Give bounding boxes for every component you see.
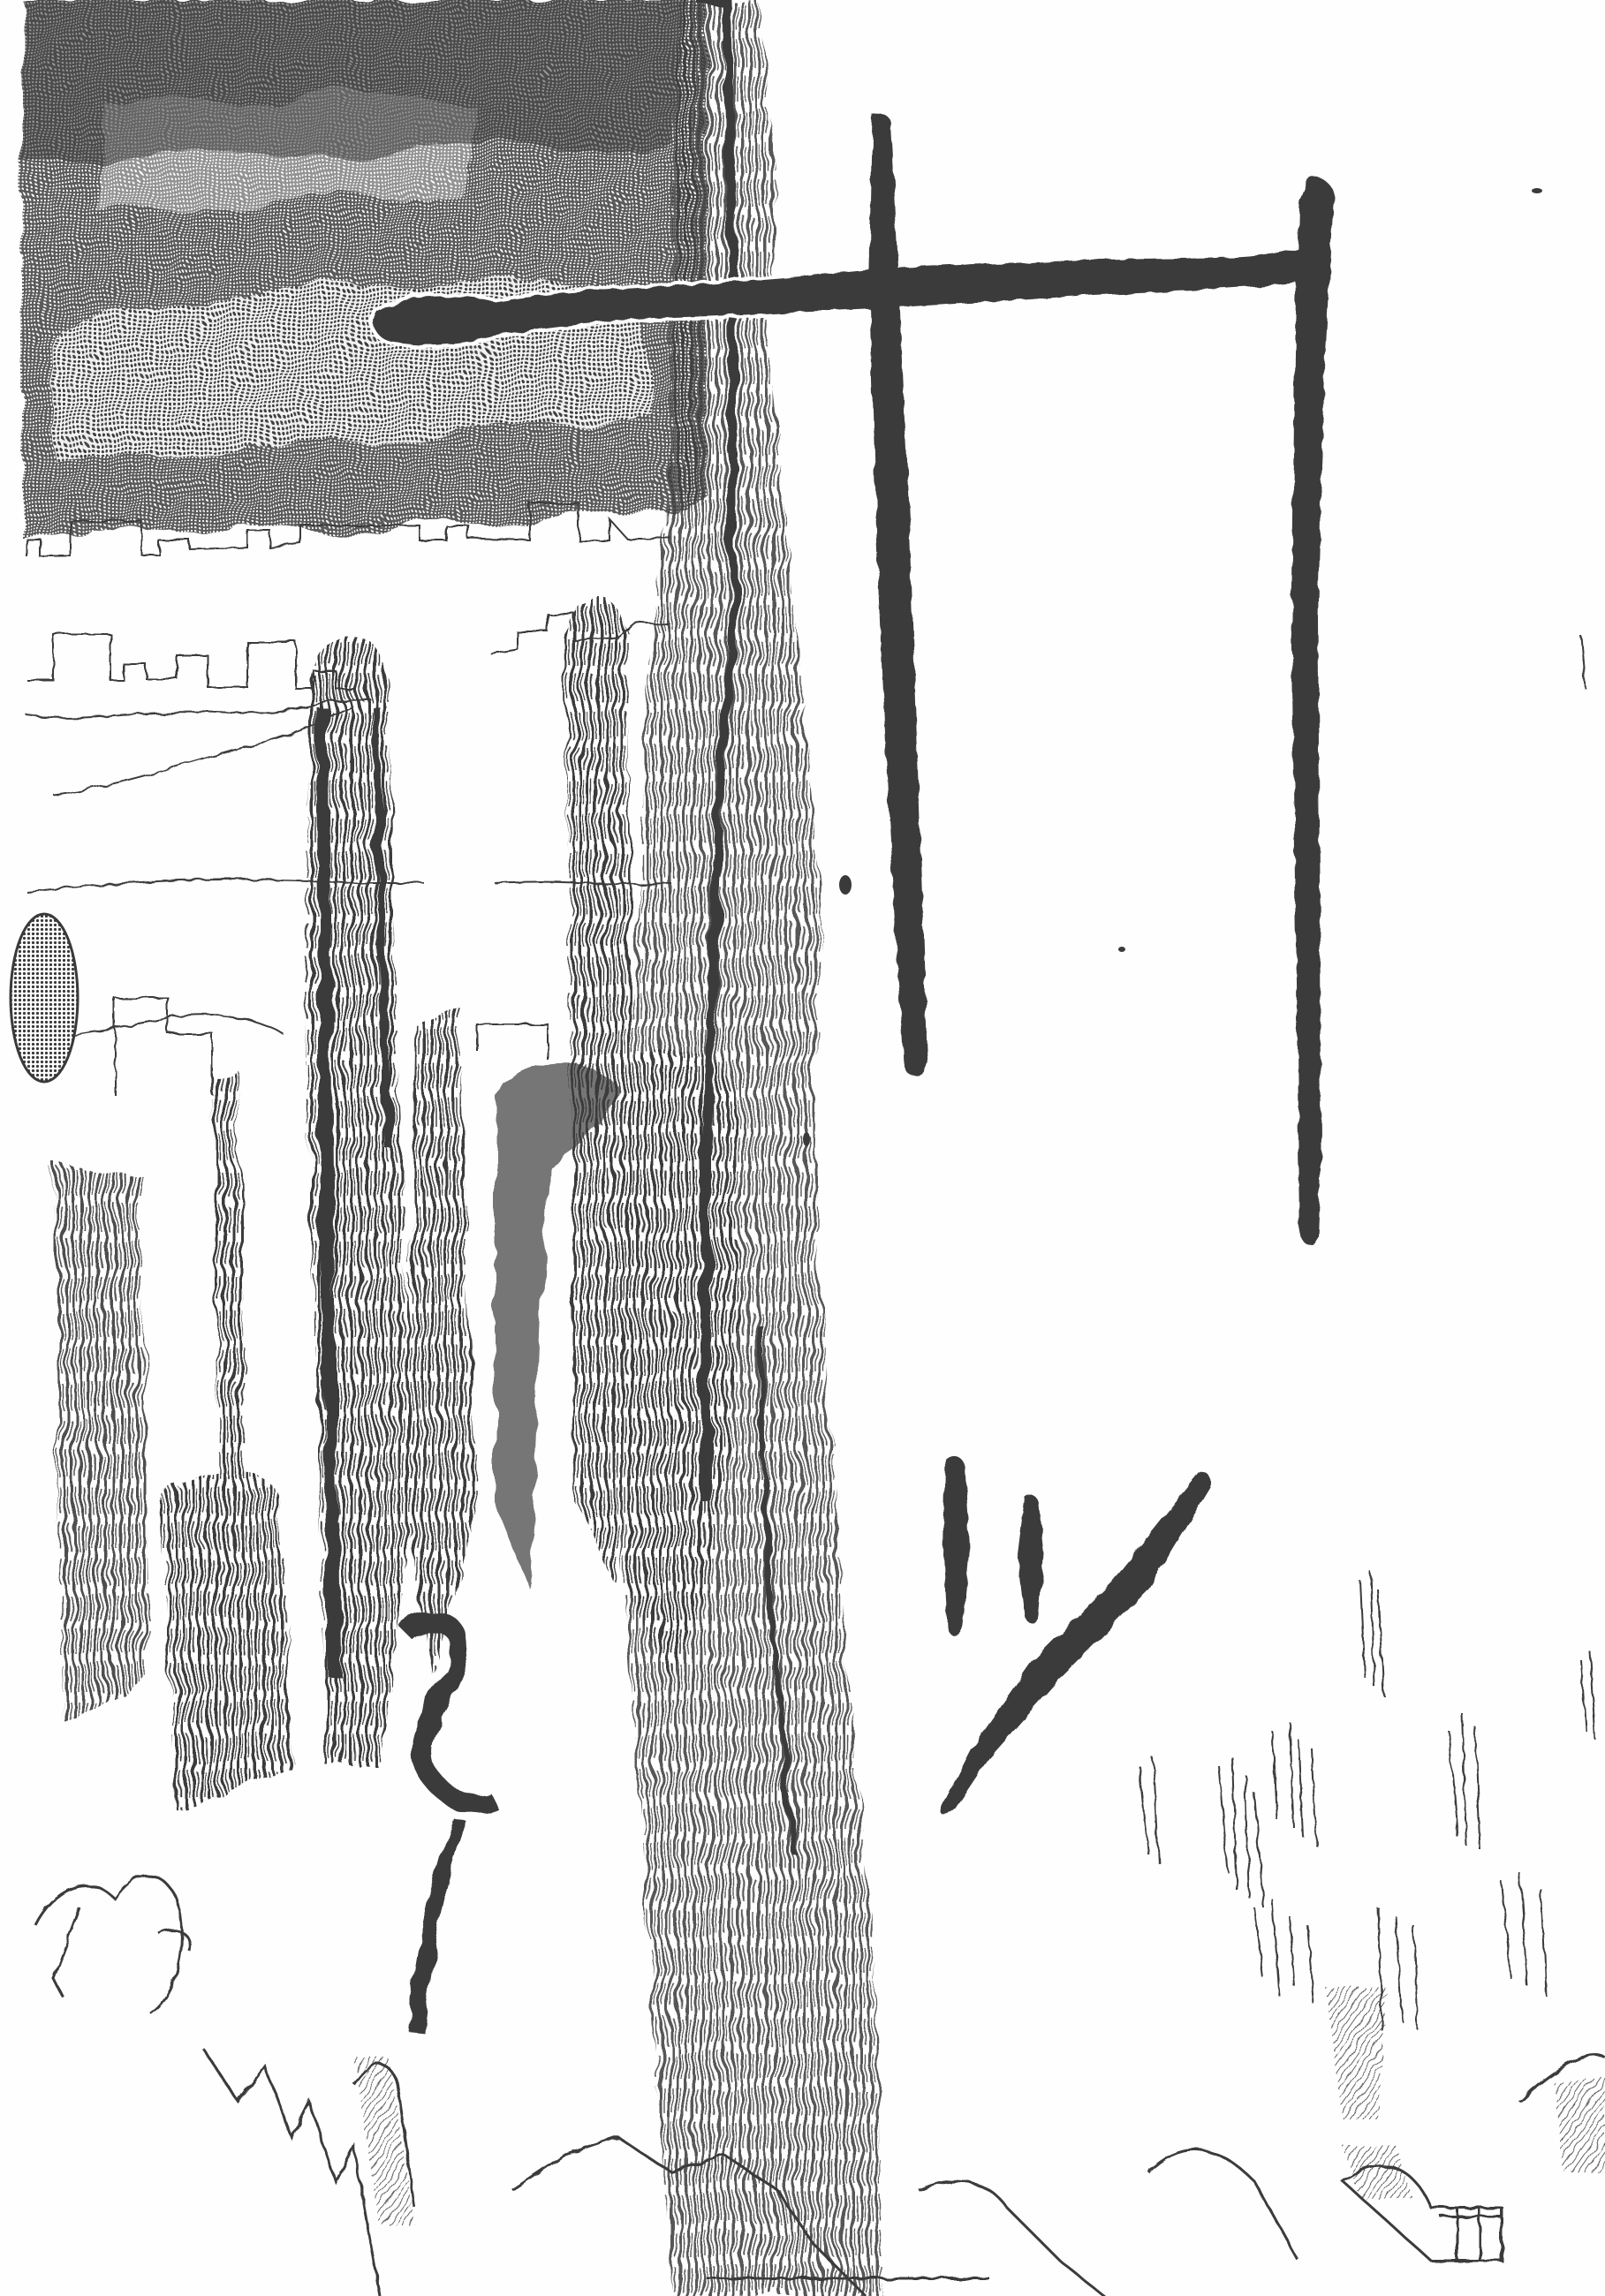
- storm-clouds: [22, 0, 707, 539]
- illustration: [0, 0, 1605, 2296]
- debris-pillars: [53, 596, 742, 2031]
- sfx-small-tsu: [941, 1455, 1211, 1816]
- manga-page: サッ: [0, 0, 1605, 2296]
- rubble-hatching: [353, 1987, 1605, 2225]
- tree-left: [11, 914, 78, 1082]
- grass-streaks: [1139, 636, 1595, 2031]
